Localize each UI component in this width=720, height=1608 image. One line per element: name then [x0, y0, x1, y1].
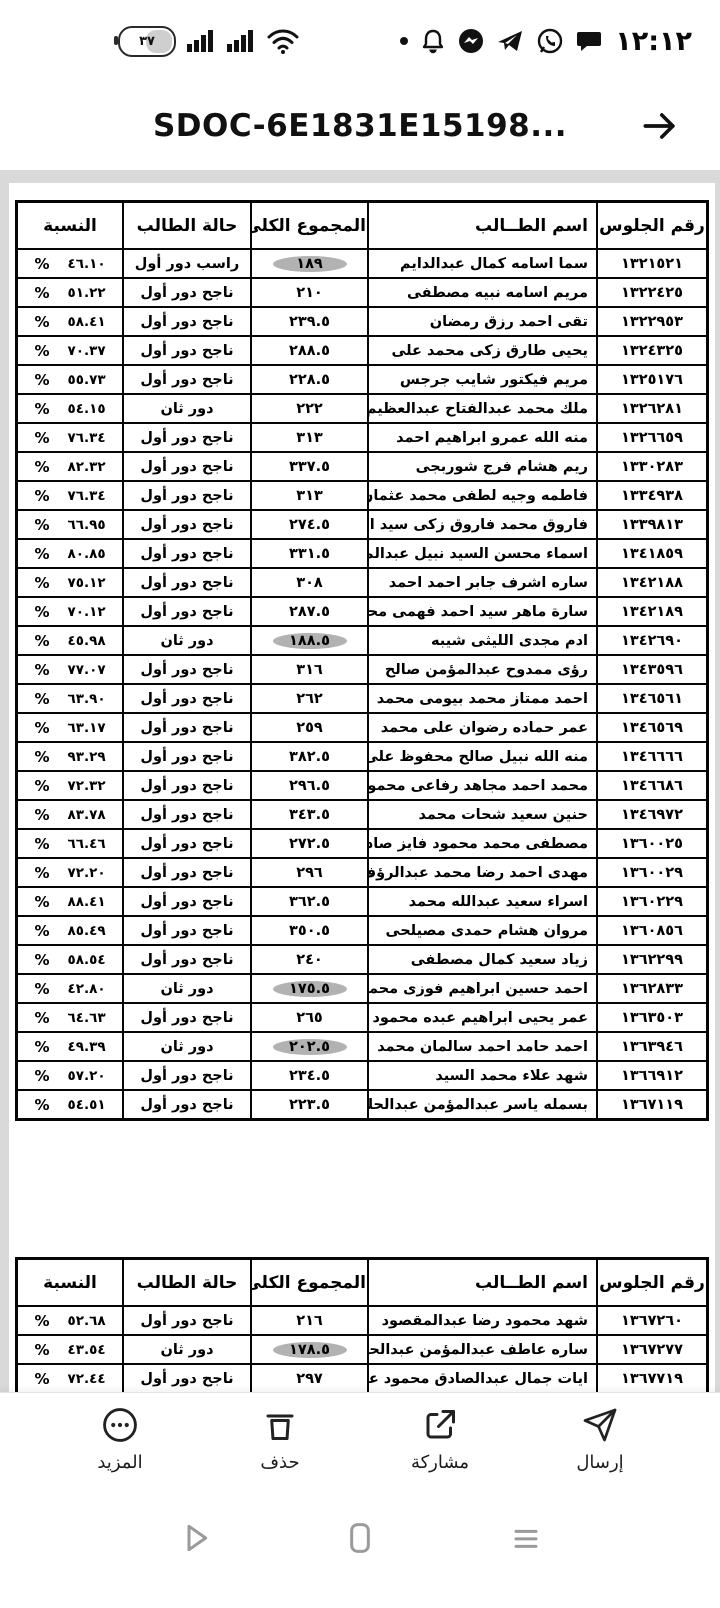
seat-number-cell: ١٣٤٦٥٦١ — [597, 684, 708, 713]
status-cell: ناجح دور أول — [123, 887, 251, 916]
percentage-cell: % ٨٥.٤٩ — [17, 916, 124, 945]
percent-sign: % — [34, 806, 49, 824]
table-row: ١٣٦٠٢٢٩ اسراء سعيد عبدالله محمد ٣٦٢.٥ نا… — [17, 887, 708, 916]
student-name-cell: يحيى طارق زكى محمد على — [368, 336, 597, 365]
percent-value: ٤٢.٨٠ — [67, 981, 105, 997]
seat-number-cell: ١٣٦٠٠٢٩ — [597, 858, 708, 887]
status-cell: ناجح دور أول — [123, 655, 251, 684]
seat-number-cell: ١٣٤١٨٥٩ — [597, 539, 708, 568]
percentage-cell: % ٧٢.٤٤ — [17, 1364, 124, 1392]
percent-value: ٨٠.٨٥ — [67, 546, 105, 562]
percent-value: ٤٩.٣٩ — [67, 1039, 105, 1055]
student-name-cell: احمد حسين ابراهيم فوزى محمد — [368, 974, 597, 1003]
total-score-value: ٢٦٥ — [273, 1010, 347, 1026]
total-score-value: ٣٤٣.٥ — [273, 807, 347, 823]
student-name-cell: سارة ماهر سيد احمد فهمى محمود ابراهيم — [368, 597, 597, 626]
table-row: ١٣٤٣٥٩٦ رؤى ممدوح عبدالمؤمن صالح ٣١٦ ناج… — [17, 655, 708, 684]
total-score-cell: ٢٣٩.٥ — [251, 307, 368, 336]
status-cell: ناجح دور أول — [123, 945, 251, 974]
percent-value: ٧٦.٣٤ — [67, 488, 105, 504]
table-row: ١٣٤٦٦٨٦ محمد احمد مجاهد رفاعى محمود ٢٩٦.… — [17, 771, 708, 800]
total-score-cell: ٢٤٠ — [251, 945, 368, 974]
table-row: ١٣٢٦٦٥٩ منه الله عمرو ابراهيم احمد ٣١٣ ن… — [17, 423, 708, 452]
student-name-cell: مروان هشام حمدى مصيلحى — [368, 916, 597, 945]
student-name-cell: عمر حماده رضوان على محمد — [368, 713, 597, 742]
percentage-cell: % ٨٠.٨٥ — [17, 539, 124, 568]
percent-sign: % — [34, 458, 49, 476]
percentage-cell: % ٦٦.٩٥ — [17, 510, 124, 539]
seat-number-cell: ١٣٦٠٢٢٩ — [597, 887, 708, 916]
send-button[interactable]: إرسال — [545, 1407, 655, 1473]
status-cell: ناجح دور أول — [123, 539, 251, 568]
total-score-value: ٣٥٠.٥ — [273, 923, 347, 939]
total-score-cell: ٢٦٢ — [251, 684, 368, 713]
student-name-cell: ريم هشام فرج شوربجى — [368, 452, 597, 481]
header-percentage: النسبة — [17, 1259, 124, 1307]
document-page: رقم الجلوس اسم الطــالب المجموع الكلى حا… — [9, 183, 715, 1392]
student-name-cell: فاروق محمد فاروق زكى سيد احمد — [368, 510, 597, 539]
percent-value: ٨٥.٤٩ — [67, 923, 105, 939]
percentage-cell: % ٧٠.٣٧ — [17, 336, 124, 365]
back-icon — [174, 1518, 214, 1558]
percent-sign: % — [34, 1096, 49, 1114]
total-score-value: ٢٩٧ — [273, 1371, 347, 1387]
table-row: ١٣٢٢٤٢٥ مريم اسامه نبيه مصطفى ٢١٠ ناجح د… — [17, 278, 708, 307]
share-icon — [422, 1407, 458, 1443]
chat-icon — [576, 29, 602, 54]
header-status: حالة الطالب — [123, 1259, 251, 1307]
app-header: SDOC-6E1831E15198... — [0, 82, 720, 172]
bottom-toolbar: إرسال مشاركة حذف المزيد — [0, 1392, 720, 1502]
status-cell: ناجح دور أول — [123, 858, 251, 887]
status-cell: ناجح دور أول — [123, 307, 251, 336]
percentage-cell: % ٧٦.٣٤ — [17, 481, 124, 510]
percent-sign: % — [34, 574, 49, 592]
student-name-cell: اسماء محسن السيد نبيل عبدالمنعم صادق — [368, 539, 597, 568]
more-label: المزيد — [97, 1452, 142, 1473]
header-student-name: اسم الطــالب — [368, 1259, 597, 1307]
seat-number-cell: ١٣٤٦٦٨٦ — [597, 771, 708, 800]
whatsapp-icon — [537, 28, 563, 54]
total-score-value: ٢٤٠ — [273, 952, 347, 968]
percentage-cell: % ٧٢.٢٠ — [17, 858, 124, 887]
percentage-cell: % ٤٦.١٠ — [17, 249, 124, 278]
student-name-cell: شهد علاء محمد السيد — [368, 1061, 597, 1090]
status-cell: راسب دور أول — [123, 249, 251, 278]
status-cell: ناجح دور أول — [123, 423, 251, 452]
student-name-cell: احمد ممتاز محمد بيومى محمد — [368, 684, 597, 713]
total-score-cell: ٣٣١.٥ — [251, 539, 368, 568]
back-button[interactable] — [170, 1514, 218, 1562]
percent-sign: % — [34, 690, 49, 708]
percentage-cell: % ٤٢.٨٠ — [17, 974, 124, 1003]
percent-sign: % — [34, 893, 49, 911]
percent-value: ٧٧.٠٧ — [67, 662, 105, 678]
status-cell: ناجح دور أول — [123, 510, 251, 539]
percent-sign: % — [34, 313, 49, 331]
status-left-cluster: ٣٧ — [0, 26, 300, 57]
header-seat-number: رقم الجلوس — [597, 1259, 708, 1307]
table-row: ١٣٦٧٢٦٠ شهد محمود رضا عبدالمقصود ٢١٦ ناج… — [17, 1306, 708, 1335]
total-score-value: ٣٠٨ — [273, 575, 347, 591]
student-name-cell: فاطمه وجيه لطفى محمد عثمان — [368, 481, 597, 510]
table-row: ١٣٢٢٩٥٣ تقى احمد رزق رمضان ٢٣٩.٥ ناجح دو… — [17, 307, 708, 336]
android-nav-bar — [0, 1502, 720, 1608]
status-cell: ناجح دور أول — [123, 481, 251, 510]
status-cell: ناجح دور أول — [123, 771, 251, 800]
total-score-value: ٢٢٨.٥ — [273, 372, 347, 388]
percent-value: ٧٠.٣٧ — [67, 343, 105, 359]
total-score-value: ٢٨٧.٥ — [273, 604, 347, 620]
total-score-value: ١٨٩ — [273, 256, 347, 272]
student-name-cell: ادم مجدى الليثى شيبه — [368, 626, 597, 655]
wifi-icon — [266, 27, 300, 55]
percent-sign: % — [34, 371, 49, 389]
percent-sign: % — [34, 284, 49, 302]
percent-value: ٧٢.٢٠ — [67, 865, 105, 881]
clock: ١٢:١٢ — [615, 26, 692, 57]
total-score-cell: ٣٣٧.٥ — [251, 452, 368, 481]
total-score-cell: ٣٠٨ — [251, 568, 368, 597]
student-name-cell: مريم فيكتور شايب جرجس — [368, 365, 597, 394]
percentage-cell: % ٥٥.٧٣ — [17, 365, 124, 394]
status-cell: ناجح دور أول — [123, 1090, 251, 1120]
percent-sign: % — [34, 777, 49, 795]
seat-number-cell: ١٣٦٧١١٩ — [597, 1090, 708, 1120]
total-score-value: ٢١٠ — [273, 285, 347, 301]
notification-dot — [400, 37, 408, 45]
total-score-value: ٢٠٢.٥ — [273, 1039, 347, 1055]
percentage-cell: % ٧٧.٠٧ — [17, 655, 124, 684]
total-score-value: ٢٣٤.٥ — [273, 1068, 347, 1084]
table-row: ١٣٣٤٩٣٨ فاطمه وجيه لطفى محمد عثمان ٣١٣ ن… — [17, 481, 708, 510]
send-label: إرسال — [576, 1452, 623, 1473]
percent-sign: % — [34, 748, 49, 766]
seat-number-cell: ١٣٦٣٥٠٣ — [597, 1003, 708, 1032]
student-name-cell: مصطفى محمد محمود فايز صادق — [368, 829, 597, 858]
total-score-cell: ٢٨٧.٥ — [251, 597, 368, 626]
percent-sign: % — [34, 342, 49, 360]
seat-number-cell: ١٣٤٦٥٦٩ — [597, 713, 708, 742]
total-score-value: ١٨٨.٥ — [273, 633, 347, 649]
percent-sign: % — [34, 719, 49, 737]
total-score-cell: ٢٧٢.٥ — [251, 829, 368, 858]
seat-number-cell: ١٣٢٤٣٢٥ — [597, 336, 708, 365]
percentage-cell: % ٤٣.٥٤ — [17, 1335, 124, 1364]
table-row: ١٣٣٩٨١٣ فاروق محمد فاروق زكى سيد احمد ٢٧… — [17, 510, 708, 539]
percent-value: ٤٦.١٠ — [67, 256, 105, 272]
student-name-cell: احمد حامد احمد سالمان محمد — [368, 1032, 597, 1061]
signal-bars-icon — [186, 28, 216, 54]
student-name-cell: ايات جمال عبدالصادق محمود عامر — [368, 1364, 597, 1392]
total-score-cell: ١٨٨.٥ — [251, 626, 368, 655]
status-cell: دور ثان — [123, 1335, 251, 1364]
status-cell: ناجح دور أول — [123, 452, 251, 481]
student-name-cell: بسمله ياسر عبدالمؤمن عبدالحليم محمود — [368, 1090, 597, 1120]
seat-number-cell: ١٣٦٢٢٩٩ — [597, 945, 708, 974]
student-name-cell: مريم اسامه نبيه مصطفى — [368, 278, 597, 307]
table-row: ١٣٦٧٧١٩ ايات جمال عبدالصادق محمود عامر ٢… — [17, 1364, 708, 1392]
seat-number-cell: ١٣٣٤٩٣٨ — [597, 481, 708, 510]
total-score-value: ٣١٣ — [273, 430, 347, 446]
table-row: ١٣٤٢١٨٨ ساره اشرف جابر احمد احمد ٣٠٨ ناج… — [17, 568, 708, 597]
trash-icon — [262, 1407, 298, 1443]
table-row: ١٣٦٣٥٠٣ عمر يحيى ابراهيم عبده محمود ٢٦٥ … — [17, 1003, 708, 1032]
student-name-cell: رؤى ممدوح عبدالمؤمن صالح — [368, 655, 597, 684]
percent-value: ٤٣.٥٤ — [67, 1342, 105, 1358]
percent-value: ٥٥.٧٣ — [67, 372, 105, 388]
table-row: ١٣٦٠٠٢٩ مهدى احمد رضا محمد عبدالرؤف ٢٩٦ … — [17, 858, 708, 887]
percent-sign: % — [34, 1038, 49, 1056]
seat-number-cell: ١٣٢٢٤٢٥ — [597, 278, 708, 307]
percent-sign: % — [34, 516, 49, 534]
status-cell: ناجح دور أول — [123, 365, 251, 394]
status-bar: ٣٧ — [0, 0, 720, 82]
table-row: ١٣٢٦٢٨١ ملك محمد عبدالفتاح عبدالعظيم ٢٢٢… — [17, 394, 708, 423]
signal-bars-icon — [226, 28, 256, 54]
total-score-cell: ٢٥٩ — [251, 713, 368, 742]
status-cell: ناجح دور أول — [123, 1306, 251, 1335]
percentage-cell: % ٥٤.١٥ — [17, 394, 124, 423]
percentage-cell: % ٥٢.٦٨ — [17, 1306, 124, 1335]
total-score-cell: ٣٨٢.٥ — [251, 742, 368, 771]
arrow-right-icon[interactable] — [634, 100, 686, 152]
percent-sign: % — [34, 1067, 49, 1085]
home-button[interactable] — [336, 1514, 384, 1562]
status-cell: ناجح دور أول — [123, 568, 251, 597]
percent-value: ٥٤.١٥ — [67, 401, 105, 417]
header-status: حالة الطالب — [123, 202, 251, 250]
total-score-value: ٢١٦ — [273, 1313, 347, 1329]
percent-sign: % — [34, 922, 49, 940]
seat-number-cell: ١٣٢٦٢٨١ — [597, 394, 708, 423]
student-name-cell: ساره عاطف عبدالمؤمن عبدالحليم محمود — [368, 1335, 597, 1364]
percent-sign: % — [34, 632, 49, 650]
header-total-score: المجموع الكلى — [251, 1259, 368, 1307]
total-score-cell: ١٨٩ — [251, 249, 368, 278]
total-score-cell: ٣١٦ — [251, 655, 368, 684]
total-score-cell: ٢٢٣.٥ — [251, 1090, 368, 1120]
total-score-cell: ٢٩٦ — [251, 858, 368, 887]
status-cell: دور ثان — [123, 394, 251, 423]
student-name-cell: اسراء سعيد عبدالله محمد — [368, 887, 597, 916]
percentage-cell: % ٧٢.٣٢ — [17, 771, 124, 800]
status-cell: ناجح دور أول — [123, 742, 251, 771]
student-name-cell: شهد محمود رضا عبدالمقصود — [368, 1306, 597, 1335]
total-score-cell: ٢١٠ — [251, 278, 368, 307]
percentage-cell: % ٨٢.٣٢ — [17, 452, 124, 481]
bell-icon — [421, 28, 445, 54]
percent-value: ٤٥.٩٨ — [67, 633, 105, 649]
percentage-cell: % ٧٠.١٢ — [17, 597, 124, 626]
recents-button[interactable] — [502, 1514, 550, 1562]
status-cell: ناجح دور أول — [123, 800, 251, 829]
student-name-cell: عمر يحيى ابراهيم عبده محمود — [368, 1003, 597, 1032]
table-row: ١٣٤٦٥٦٩ عمر حماده رضوان على محمد ٢٥٩ ناج… — [17, 713, 708, 742]
table-row: ١٣٢٥١٧٦ مريم فيكتور شايب جرجس ٢٢٨.٥ ناجح… — [17, 365, 708, 394]
table-row: ١٣٤٢١٨٩ سارة ماهر سيد احمد فهمى محمود اب… — [17, 597, 708, 626]
student-name-cell: ساره اشرف جابر احمد احمد — [368, 568, 597, 597]
seat-number-cell: ١٣٢٥١٧٦ — [597, 365, 708, 394]
student-name-cell: حنين سعيد شحات محمد — [368, 800, 597, 829]
status-cell: ناجح دور أول — [123, 278, 251, 307]
total-score-value: ٢٢٣.٥ — [273, 1097, 347, 1113]
more-button[interactable]: المزيد — [65, 1407, 175, 1473]
table-row: ١٣٣٠٢٨٣ ريم هشام فرج شوربجى ٣٣٧.٥ ناجح د… — [17, 452, 708, 481]
percent-value: ٨٨.٤١ — [67, 894, 105, 910]
percent-value: ٨٢.٣٢ — [67, 459, 105, 475]
header-seat-number: رقم الجلوس — [597, 202, 708, 250]
header-total-score: المجموع الكلى — [251, 202, 368, 250]
telegram-icon — [497, 28, 524, 54]
total-score-value: ٣٨٢.٥ — [273, 749, 347, 765]
status-cell: ناجح دور أول — [123, 1003, 251, 1032]
battery-icon: ٣٧ — [118, 26, 176, 57]
percentage-cell: % ٧٦.٣٤ — [17, 423, 124, 452]
percent-sign: % — [34, 255, 49, 273]
student-name-cell: منه الله عمرو ابراهيم احمد — [368, 423, 597, 452]
seat-number-cell: ١٣٦٧٢٧٧ — [597, 1335, 708, 1364]
total-score-value: ٣١٣ — [273, 488, 347, 504]
seat-number-cell: ١٣٣٠٢٨٣ — [597, 452, 708, 481]
total-score-cell: ٢٨٨.٥ — [251, 336, 368, 365]
total-score-value: ٢٩٦ — [273, 865, 347, 881]
percentage-cell: % ٤٥.٩٨ — [17, 626, 124, 655]
header-student-name: اسم الطــالب — [368, 202, 597, 250]
percentage-cell: % ٦٦.٤٦ — [17, 829, 124, 858]
student-name-cell: سما اسامه كمال عبدالدايم — [368, 249, 597, 278]
seat-number-cell: ١٣٤٢١٨٨ — [597, 568, 708, 597]
table-header-row: رقم الجلوس اسم الطــالب المجموع الكلى حا… — [17, 202, 708, 250]
status-cell: دور ثان — [123, 1032, 251, 1061]
percent-sign: % — [34, 951, 49, 969]
status-cell: دور ثان — [123, 974, 251, 1003]
send-icon — [582, 1407, 618, 1443]
percent-value: ٩٣.٢٩ — [67, 749, 105, 765]
percent-value: ٧٥.١٢ — [67, 575, 105, 591]
student-name-cell: تقى احمد رزق رمضان — [368, 307, 597, 336]
percent-value: ٧٢.٣٢ — [67, 778, 105, 794]
total-score-cell: ٢١٦ — [251, 1306, 368, 1335]
percentage-cell: % ٦٤.٦٣ — [17, 1003, 124, 1032]
delete-button[interactable]: حذف — [225, 1407, 335, 1473]
seat-number-cell: ١٣٢٢٩٥٣ — [597, 307, 708, 336]
table-row: ١٣٦٣٩٤٦ احمد حامد احمد سالمان محمد ٢٠٢.٥… — [17, 1032, 708, 1061]
share-button[interactable]: مشاركة — [385, 1407, 495, 1473]
percentage-cell: % ٧٥.١٢ — [17, 568, 124, 597]
student-name-cell: زياد سعيد كمال مصطفى — [368, 945, 597, 974]
share-label: مشاركة — [411, 1452, 469, 1473]
messenger-icon — [458, 28, 484, 54]
table-row: ١٣٦٧١١٩ بسمله ياسر عبدالمؤمن عبدالحليم م… — [17, 1090, 708, 1120]
percent-value: ٦٤.٦٣ — [67, 1010, 105, 1026]
total-score-value: ٢٢٢ — [273, 401, 347, 417]
total-score-value: ١٧٨.٥ — [273, 1342, 347, 1358]
status-cell: ناجح دور أول — [123, 916, 251, 945]
total-score-cell: ٢٠٢.٥ — [251, 1032, 368, 1061]
percent-sign: % — [34, 487, 49, 505]
percentage-cell: % ٤٩.٣٩ — [17, 1032, 124, 1061]
table-row: ١٣٤٦٩٧٢ حنين سعيد شحات محمد ٣٤٣.٥ ناجح د… — [17, 800, 708, 829]
status-cell: دور ثان — [123, 626, 251, 655]
total-score-value: ٢٩٦.٥ — [273, 778, 347, 794]
percentage-cell: % ٥٧.٢٠ — [17, 1061, 124, 1090]
percent-value: ٥٧.٢٠ — [67, 1068, 105, 1084]
table-row: ١٣٢٤٣٢٥ يحيى طارق زكى محمد على ٢٨٨.٥ ناج… — [17, 336, 708, 365]
table-row: ١٣٦٢٢٩٩ زياد سعيد كمال مصطفى ٢٤٠ ناجح دو… — [17, 945, 708, 974]
table-row: ١٣٤٢٦٩٠ ادم مجدى الليثى شيبه ١٨٨.٥ دور ث… — [17, 626, 708, 655]
total-score-value: ١٧٥.٥ — [273, 981, 347, 997]
seat-number-cell: ١٣٦٠٠٢٥ — [597, 829, 708, 858]
percentage-cell: % ٨٨.٤١ — [17, 887, 124, 916]
seat-number-cell: ١٣٤٢٦٩٠ — [597, 626, 708, 655]
status-cell: ناجح دور أول — [123, 829, 251, 858]
seat-number-cell: ١٣٦٧٧١٩ — [597, 1364, 708, 1392]
percent-value: ٥٤.٥١ — [67, 1097, 105, 1113]
percent-sign: % — [34, 1370, 49, 1388]
table-row: ١٣٦٠٠٢٥ مصطفى محمد محمود فايز صادق ٢٧٢.٥… — [17, 829, 708, 858]
total-score-value: ٣٣٧.٥ — [273, 459, 347, 475]
seat-number-cell: ١٣٤٢١٨٩ — [597, 597, 708, 626]
percent-sign: % — [34, 603, 49, 621]
seat-number-cell: ١٣٦٧٢٦٠ — [597, 1306, 708, 1335]
document-viewer[interactable]: رقم الجلوس اسم الطــالب المجموع الكلى حا… — [0, 170, 720, 1392]
percent-sign: % — [34, 429, 49, 447]
total-score-cell: ٣٤٣.٥ — [251, 800, 368, 829]
total-score-value: ٢٣٩.٥ — [273, 314, 347, 330]
percent-sign: % — [34, 1312, 49, 1330]
table-row: ١٣٤٦٦٦٦ منه الله نبيل صالح محفوظ على ٣٨٢… — [17, 742, 708, 771]
percent-sign: % — [34, 1009, 49, 1027]
total-score-cell: ٢٩٦.٥ — [251, 771, 368, 800]
percent-value: ٥٢.٦٨ — [67, 1313, 105, 1329]
seat-number-cell: ١٣٦٦٩١٢ — [597, 1061, 708, 1090]
percent-value: ٦٦.٩٥ — [67, 517, 105, 533]
status-cell: ناجح دور أول — [123, 684, 251, 713]
percentage-cell: % ٥٨.٤١ — [17, 307, 124, 336]
percent-sign: % — [34, 1341, 49, 1359]
percent-value: ٧٢.٤٤ — [67, 1371, 105, 1387]
total-score-value: ٣٣١.٥ — [273, 546, 347, 562]
percent-value: ٧٠.١٢ — [67, 604, 105, 620]
page-gap — [9, 1121, 715, 1257]
percentage-cell: % ٦٣.١٧ — [17, 713, 124, 742]
percent-value: ٥٨.٤١ — [67, 314, 105, 330]
percent-sign: % — [34, 661, 49, 679]
status-cell: ناجح دور أول — [123, 1364, 251, 1392]
percent-value: ٥١.٢٢ — [67, 285, 105, 301]
header-percentage: النسبة — [17, 202, 124, 250]
student-name-cell: مهدى احمد رضا محمد عبدالرؤف — [368, 858, 597, 887]
total-score-cell: ٣١٣ — [251, 481, 368, 510]
percent-sign: % — [34, 980, 49, 998]
status-cell: ناجح دور أول — [123, 713, 251, 742]
percent-sign: % — [34, 864, 49, 882]
status-cell: ناجح دور أول — [123, 1061, 251, 1090]
table-row: ١٣٤١٨٥٩ اسماء محسن السيد نبيل عبدالمنعم … — [17, 539, 708, 568]
recents-icon — [506, 1518, 546, 1558]
total-score-value: ٢٧٢.٥ — [273, 836, 347, 852]
total-score-cell: ١٧٥.٥ — [251, 974, 368, 1003]
percentage-cell: % ٥٨.٥٤ — [17, 945, 124, 974]
total-score-cell: ٢٢٢ — [251, 394, 368, 423]
percentage-cell: % ٦٣.٩٠ — [17, 684, 124, 713]
table-row: ١٣٦٦٩١٢ شهد علاء محمد السيد ٢٣٤.٥ ناجح د… — [17, 1061, 708, 1090]
percent-sign: % — [34, 400, 49, 418]
total-score-cell: ٣١٣ — [251, 423, 368, 452]
percent-value: ٦٦.٤٦ — [67, 836, 105, 852]
total-score-cell: ٢٩٧ — [251, 1364, 368, 1392]
